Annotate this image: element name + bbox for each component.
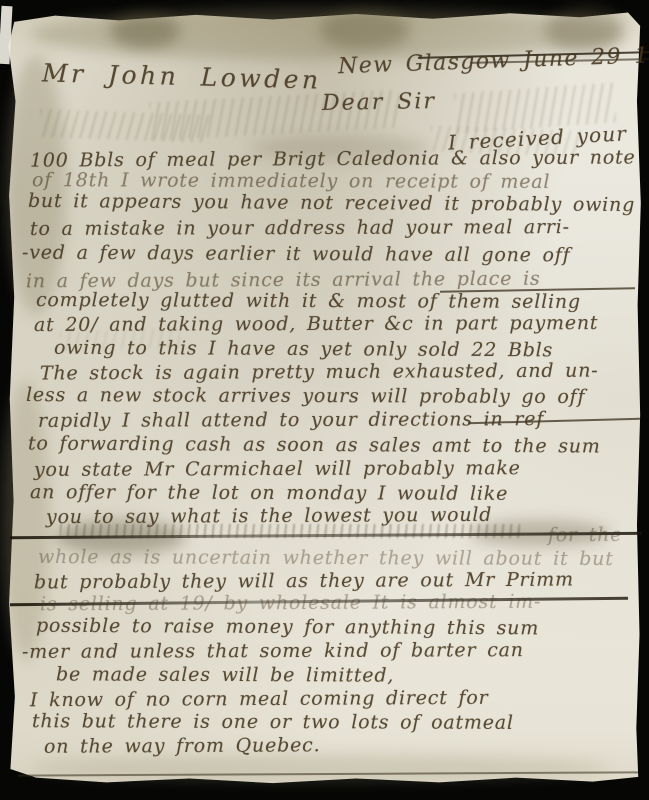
body-line: you to say what is the lowest you would — [46, 506, 492, 527]
body-line: to a mistake in your address had your me… — [30, 218, 570, 239]
body-line: I know of no corn meal coming direct for — [30, 689, 489, 710]
body-line: whole as is uncertain whether they will … — [38, 548, 614, 569]
body-line: on the way from Quebec. — [44, 736, 320, 756]
body-line: -mer and unless that some kind of barter… — [22, 641, 524, 662]
body-line: you state Mr Carmichael will probably ma… — [34, 459, 521, 480]
body-line: -ved a few days earlier it would have al… — [22, 244, 571, 266]
body-line: but it appears you have not received it … — [28, 192, 635, 215]
letter-scan: New Glasgow June 29 1850 Mr John Lowden … — [0, 0, 649, 800]
body-line: at 20/ and taking wood, Butter &c in par… — [34, 314, 598, 335]
body-line: 100 Bbls of meal per Brigt Caledonia & a… — [30, 148, 636, 170]
body-line: completely glutted with it & most of the… — [36, 291, 581, 312]
body-line: in a few days but since its arrival the … — [26, 270, 541, 292]
body-line: an offer for the lot on monday I would l… — [30, 483, 508, 504]
body-line: but probably they will as they are out M… — [34, 571, 574, 593]
recipient-line: Mr John Lowden — [42, 60, 322, 92]
struck-out-line-fragment: for the — [548, 526, 622, 546]
body-line: The stock is again pretty much exhausted… — [40, 362, 599, 384]
body-line: possible to raise money for anything thi… — [36, 617, 539, 639]
body-line: to forwarding cash as soon as sales amt … — [28, 435, 601, 457]
body-line: of 18th I wrote immediately on receipt o… — [32, 171, 550, 192]
body-line: be made sales will be limitted, — [56, 665, 394, 685]
body-line: less a new stock arrives yours will prob… — [26, 386, 585, 407]
body-line: rapidly I shall attend to your direction… — [38, 410, 544, 431]
struck-out-line: is selling at 19/ by wholesale It is alm… — [40, 593, 541, 615]
body-line: owing to this I have as yet only sold 22… — [54, 339, 553, 361]
body-line: this but there is one or two lots of oat… — [32, 712, 514, 733]
salutation: Dear Sir — [322, 91, 436, 115]
